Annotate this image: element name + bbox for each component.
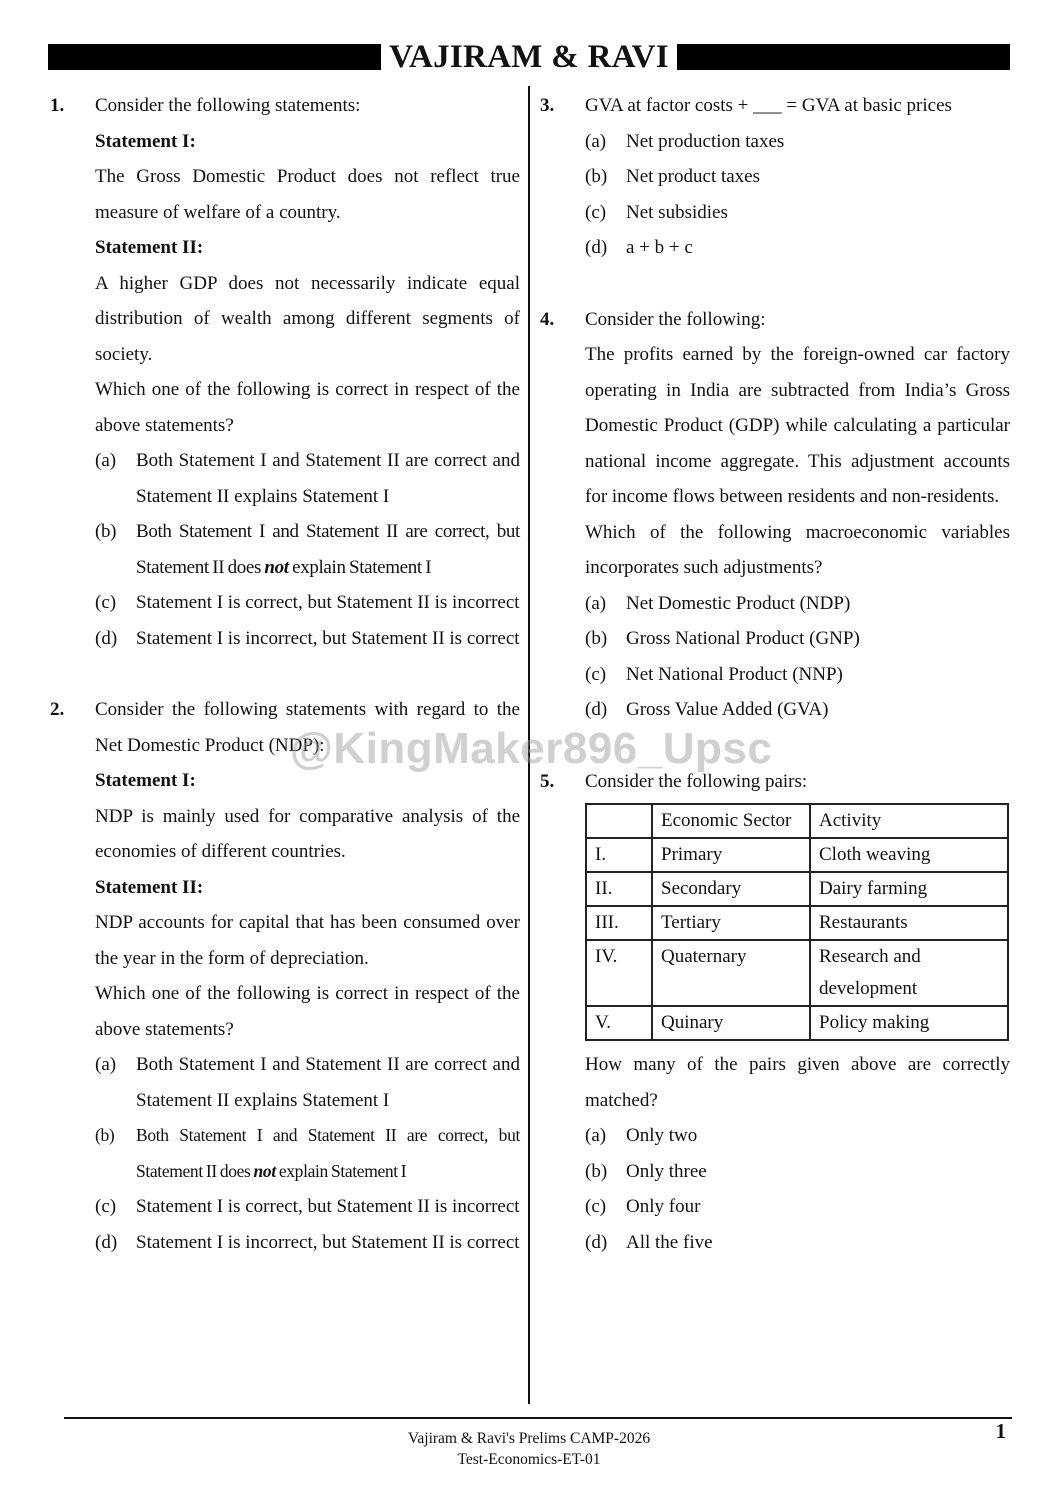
- option-text: Both Statement I and Statement II are co…: [136, 450, 520, 507]
- option-text: Net product taxes: [626, 166, 760, 187]
- option-label: (c): [95, 1189, 116, 1225]
- option-label: (d): [585, 692, 607, 728]
- options-list: (a)Both Statement I and Statement II are…: [95, 443, 520, 656]
- option-label: (a): [585, 124, 606, 160]
- table-row: III. Tertiary Restaurants: [586, 906, 1008, 940]
- option-d[interactable]: (d)Statement I is incorrect, but Stateme…: [95, 621, 520, 657]
- option-text: explain Statement I: [276, 1161, 406, 1181]
- statement-1-label: Statement I:: [95, 124, 520, 160]
- question-prompt: Which one of the following is correct in…: [95, 372, 520, 443]
- option-label: (c): [585, 657, 606, 693]
- option-text: All the five: [626, 1232, 713, 1253]
- table-cell: I.: [586, 838, 652, 872]
- question-intro: Consider the following pairs:: [585, 764, 1010, 800]
- options-list: (a)Net production taxes (b)Net product t…: [585, 124, 1010, 266]
- question-number: 5.: [540, 764, 554, 800]
- question-3: 3. GVA at factor costs + ___ = GVA at ba…: [540, 88, 1010, 266]
- question-4: 4. Consider the following: The profits e…: [540, 302, 1010, 728]
- option-b[interactable]: (b)Gross National Product (GNP): [585, 621, 1010, 657]
- header-title: VAJIRAM & RAVI: [381, 44, 677, 70]
- page-header: VAJIRAM & RAVI: [48, 44, 1010, 70]
- option-label: (a): [585, 1118, 606, 1154]
- footer-line-1: Vajiram & Ravi's Prelims CAMP-2026: [0, 1428, 1058, 1449]
- option-label: (c): [95, 585, 116, 621]
- table-cell: Policy making: [810, 1006, 1008, 1040]
- pairs-table: Economic Sector Activity I. Primary Clot…: [585, 803, 1009, 1041]
- column-divider: [528, 86, 530, 1404]
- question-1: 1. Consider the following statements: St…: [50, 88, 520, 656]
- header-bar-right: [677, 44, 1010, 70]
- options-list: (a)Both Statement I and Statement II are…: [95, 1047, 520, 1260]
- table-cell: Tertiary: [652, 906, 810, 940]
- options-list: (a)Net Domestic Product (NDP) (b)Gross N…: [585, 586, 1010, 728]
- question-number: 3.: [540, 88, 554, 124]
- option-text: Statement I is correct, but Statement II…: [136, 592, 520, 613]
- option-text: Net production taxes: [626, 131, 784, 152]
- question-intro: Consider the following statements with r…: [95, 692, 520, 763]
- question-prompt: Which one of the following is correct in…: [95, 976, 520, 1047]
- right-column: 3. GVA at factor costs + ___ = GVA at ba…: [540, 88, 1010, 1260]
- statement-2-text: NDP accounts for capital that has been c…: [95, 905, 520, 976]
- option-b[interactable]: (b)Both Statement I and Statement II are…: [95, 1118, 520, 1189]
- option-text: Only two: [626, 1125, 697, 1146]
- table-cell: Secondary: [652, 872, 810, 906]
- table-row: V. Quinary Policy making: [586, 1006, 1008, 1040]
- table-cell: Cloth weaving: [810, 838, 1008, 872]
- table-row: II. Secondary Dairy farming: [586, 872, 1008, 906]
- table-header-cell: [586, 804, 652, 838]
- option-a[interactable]: (a)Net Domestic Product (NDP): [585, 586, 1010, 622]
- option-d[interactable]: (d)All the five: [585, 1225, 1010, 1261]
- option-text: a + b + c: [626, 237, 693, 258]
- question-prompt: Which of the following macroeconomic var…: [585, 515, 1010, 586]
- page-footer: Vajiram & Ravi's Prelims CAMP-2026 Test-…: [0, 1428, 1058, 1470]
- header-bar-left: [48, 44, 381, 70]
- question-intro: GVA at factor costs + ___ = GVA at basic…: [585, 88, 1010, 124]
- option-b[interactable]: (b)Only three: [585, 1154, 1010, 1190]
- footer-line-2: Test-Economics-ET-01: [0, 1449, 1058, 1470]
- option-label: (c): [585, 1189, 606, 1225]
- option-label: (a): [95, 443, 116, 479]
- option-label: (d): [585, 1225, 607, 1261]
- option-a[interactable]: (a)Both Statement I and Statement II are…: [95, 1047, 520, 1118]
- question-number: 2.: [50, 692, 64, 728]
- option-label: (d): [95, 621, 117, 657]
- option-label: (d): [95, 1225, 117, 1261]
- option-b[interactable]: (b)Net product taxes: [585, 159, 1010, 195]
- option-text: Gross Value Added (GVA): [626, 699, 828, 720]
- option-text: Net National Product (NNP): [626, 664, 843, 685]
- option-text: explain Statement I: [289, 557, 431, 578]
- option-text: Statement I is incorrect, but Statement …: [136, 628, 520, 649]
- option-text: Gross National Product (GNP): [626, 628, 860, 649]
- question-body: The profits earned by the foreign-owned …: [585, 337, 1010, 515]
- table-cell: IV.: [586, 940, 652, 1006]
- table-cell: Primary: [652, 838, 810, 872]
- option-c[interactable]: (c)Net National Product (NNP): [585, 657, 1010, 693]
- option-d[interactable]: (d)Statement I is incorrect, but Stateme…: [95, 1225, 520, 1261]
- option-c[interactable]: (c)Statement I is correct, but Statement…: [95, 1189, 520, 1225]
- table-header-row: Economic Sector Activity: [586, 804, 1008, 838]
- option-label: (b): [585, 621, 607, 657]
- table-cell: Dairy farming: [810, 872, 1008, 906]
- table-cell: Research and development: [810, 940, 1008, 1006]
- option-c[interactable]: (c)Net subsidies: [585, 195, 1010, 231]
- option-label: (b): [585, 1154, 607, 1190]
- option-label: (a): [95, 1047, 116, 1083]
- table-header-cell: Activity: [810, 804, 1008, 838]
- option-label: (d): [585, 230, 607, 266]
- statement-1-label: Statement I:: [95, 763, 520, 799]
- table-row: IV. Quaternary Research and development: [586, 940, 1008, 1006]
- option-emphasis: not: [254, 1161, 276, 1181]
- table-header-cell: Economic Sector: [652, 804, 810, 838]
- table-cell: Quaternary: [652, 940, 810, 1006]
- table-cell: V.: [586, 1006, 652, 1040]
- option-text: Both Statement I and Statement II are co…: [136, 1054, 520, 1111]
- option-text: Net Domestic Product (NDP): [626, 593, 850, 614]
- option-c[interactable]: (c)Only four: [585, 1189, 1010, 1225]
- question-5: 5. Consider the following pairs: Economi…: [540, 764, 1010, 1261]
- option-b[interactable]: (b)Both Statement I and Statement II are…: [95, 514, 520, 585]
- option-text: Net subsidies: [626, 202, 728, 223]
- statement-1-text: The Gross Domestic Product does not refl…: [95, 159, 520, 230]
- options-list: (a)Only two (b)Only three (c)Only four (…: [585, 1118, 1010, 1260]
- option-text: Statement I is incorrect, but Statement …: [136, 1232, 520, 1253]
- question-number: 1.: [50, 88, 64, 124]
- option-label: (c): [585, 195, 606, 231]
- option-a[interactable]: (a)Both Statement I and Statement II are…: [95, 443, 520, 514]
- option-text: Statement I is correct, but Statement II…: [136, 1196, 520, 1217]
- statement-2-label: Statement II:: [95, 230, 520, 266]
- table-cell: III.: [586, 906, 652, 940]
- option-a[interactable]: (a)Net production taxes: [585, 124, 1010, 160]
- table-cell: Quinary: [652, 1006, 810, 1040]
- table-cell: Restaurants: [810, 906, 1008, 940]
- option-label: (b): [95, 514, 116, 550]
- statement-2-text: A higher GDP does not necessarily indica…: [95, 266, 520, 373]
- table-cell: II.: [586, 872, 652, 906]
- option-c[interactable]: (c)Statement I is correct, but Statement…: [95, 585, 520, 621]
- option-label: (a): [585, 586, 606, 622]
- statement-2-label: Statement II:: [95, 870, 520, 906]
- option-label: (b): [95, 1118, 114, 1154]
- question-prompt: How many of the pairs given above are co…: [585, 1047, 1010, 1118]
- table-row: I. Primary Cloth weaving: [586, 838, 1008, 872]
- question-2: 2. Consider the following statements wit…: [50, 692, 520, 1260]
- option-text: Only four: [626, 1196, 700, 1217]
- option-d[interactable]: (d)a + b + c: [585, 230, 1010, 266]
- option-text: Only three: [626, 1161, 707, 1182]
- option-label: (b): [585, 159, 607, 195]
- question-number: 4.: [540, 302, 554, 338]
- option-d[interactable]: (d)Gross Value Added (GVA): [585, 692, 1010, 728]
- footer-rule: [64, 1417, 1012, 1419]
- option-a[interactable]: (a)Only two: [585, 1118, 1010, 1154]
- question-intro: Consider the following statements:: [95, 88, 520, 124]
- statement-1-text: NDP is mainly used for comparative analy…: [95, 799, 520, 870]
- option-emphasis: not: [264, 557, 288, 578]
- question-intro: Consider the following:: [585, 302, 1010, 338]
- left-column: 1. Consider the following statements: St…: [50, 88, 520, 1260]
